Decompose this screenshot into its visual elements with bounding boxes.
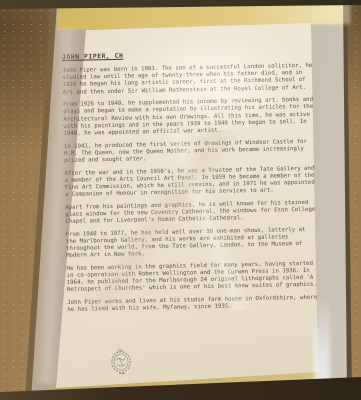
paragraph-windsor-drawings: In 1941, he produced the first series of…: [64, 138, 314, 165]
paragraph-exhibitions: From 1940 to 1977, he has held well over…: [66, 226, 317, 260]
paragraph-graphics-work: He has been working in the graphics fiel…: [66, 260, 317, 294]
paragraph-early-career: From 1926 to 1940, he supplemented his i…: [63, 97, 314, 138]
paragraph-home-life: John Piper works and lives at his studio…: [67, 295, 317, 315]
circular-crest-stamp-icon: [108, 346, 134, 377]
photo-scene: JOHN PIPER, CH John Piper was born in 19…: [0, 0, 361, 400]
document-text: JOHN PIPER, CH John Piper was born in 19…: [62, 49, 318, 320]
paragraph-birth-education: John Piper was born in 1903. The son of …: [62, 63, 313, 97]
paragraph-stained-glass: Apart from his paintings and graphics, h…: [65, 199, 315, 226]
paragraph-postwar-honours: After the war and in the 1950's, he was …: [64, 165, 315, 199]
